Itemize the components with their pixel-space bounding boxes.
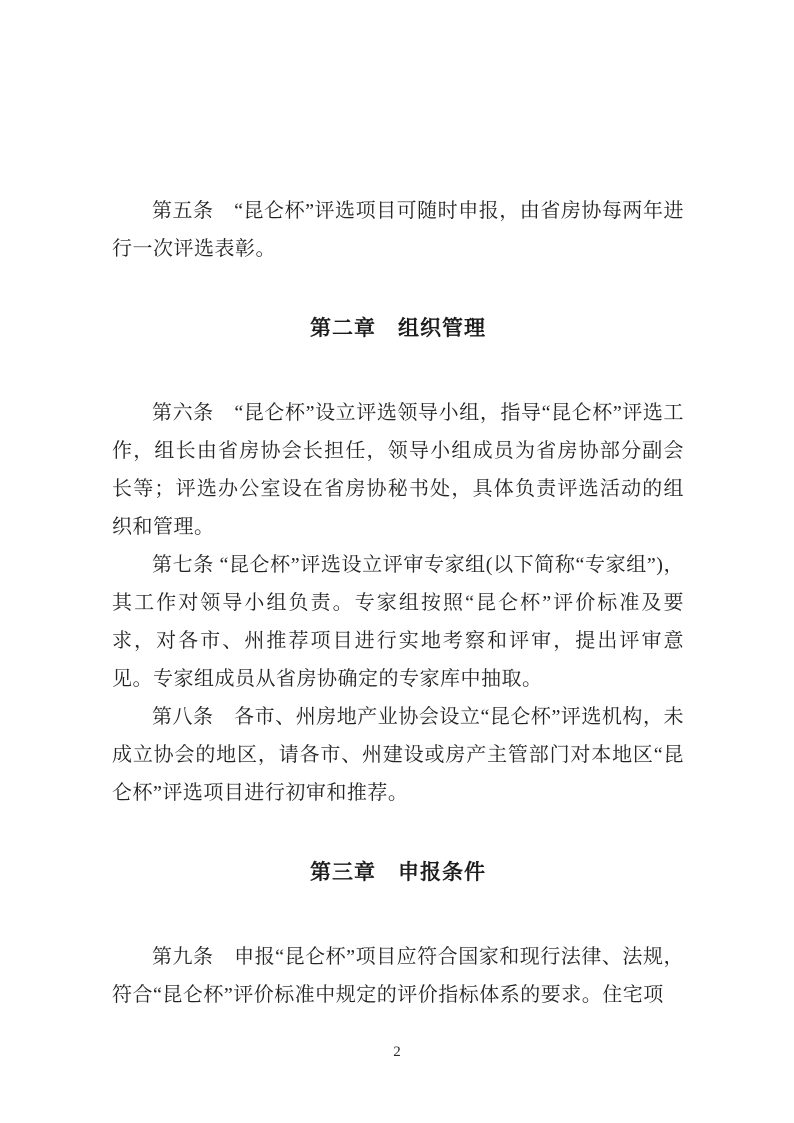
chapter-heading-3: 第三章 申报条件: [112, 858, 684, 888]
page-number: 2: [393, 1044, 401, 1060]
paragraph-article-8: 第八条 各市、州房地产业协会设立“昆仑杯”评选机构，未成立协会的地区，请各市、州…: [112, 698, 684, 812]
paragraph-article-9: 第九条 申报“昆仑杯”项目应符合国家和现行法律、法规，符合“昆仑杯”评价标准中规…: [112, 938, 684, 1014]
page-footer: 2: [0, 1043, 794, 1061]
paragraph-article-6: 第六条 “昆仑杯”设立评选领导小组，指导“昆仑杯”评选工作，组长由省房协会长担任…: [112, 394, 684, 546]
paragraph-article-7: 第七条 “昆仑杯”评选设立评审专家组(以下简称“专家组”)，其工作对领导小组负责…: [112, 546, 684, 698]
document-content: 第五条 “昆仑杯”评选项目可随时申报，由省房协每两年进行一次评选表彰。 第二章 …: [112, 192, 684, 1014]
paragraph-article-5: 第五条 “昆仑杯”评选项目可随时申报，由省房协每两年进行一次评选表彰。: [112, 192, 684, 268]
document-page: 第五条 “昆仑杯”评选项目可随时申报，由省房协每两年进行一次评选表彰。 第二章 …: [0, 0, 794, 1123]
chapter-heading-2: 第二章 组织管理: [112, 314, 684, 344]
